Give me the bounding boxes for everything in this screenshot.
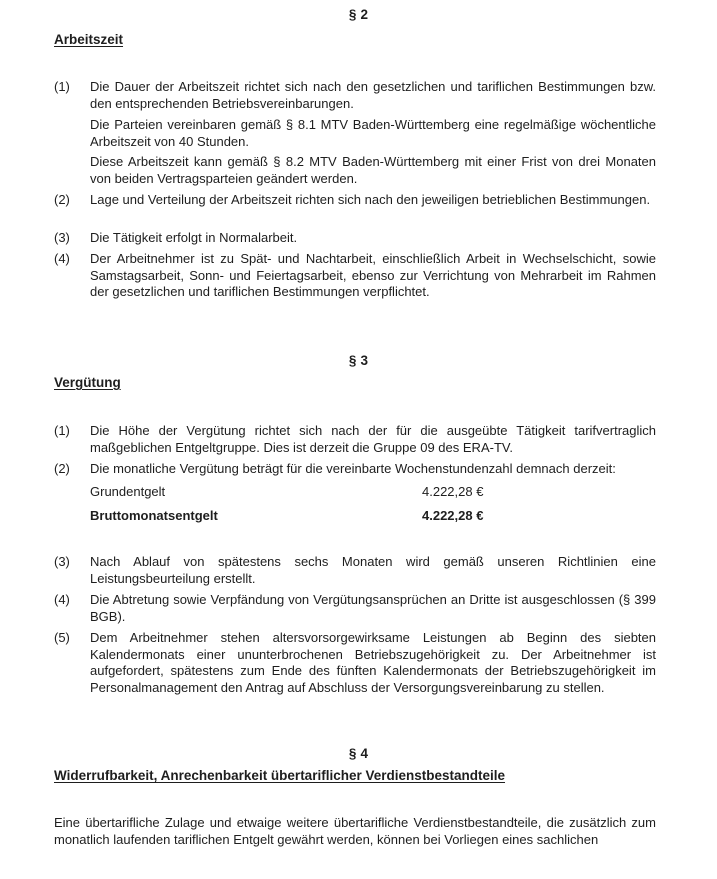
section-number: § 4 (0, 746, 717, 761)
clause-number: (1) (54, 423, 84, 438)
clause: (1) Die Dauer der Arbeitszeit richtet si… (54, 79, 658, 112)
section-number: § 3 (0, 353, 717, 368)
clause-number: (4) (54, 251, 84, 266)
clause-text: Dem Arbeitnehmer stehen altersvorsorgewi… (90, 630, 656, 696)
pay-value: 4.222,28 € (422, 508, 483, 523)
clause: (3) Nach Ablauf von spätestens sechs Mon… (54, 554, 658, 587)
clause-text: Lage und Verteilung der Arbeitszeit rich… (90, 192, 656, 209)
pay-row-bruttomonatsentgelt: Bruttomonatsentgelt 4.222,28 € (90, 508, 590, 526)
clause-number: (1) (54, 79, 84, 94)
clause-paragraph: Diese Arbeitszeit kann gemäß § 8.2 MTV B… (90, 154, 656, 187)
pay-value: 4.222,28 € (422, 484, 483, 499)
clause: (3) Die Tätigkeit erfolgt in Normalarbei… (54, 230, 658, 247)
clause-number: (3) (54, 230, 84, 245)
clause: (1) Die Höhe der Vergütung richtet sich … (54, 423, 658, 456)
clause: (4) Die Abtretung sowie Verpfändung von … (54, 592, 658, 625)
clause: (5) Dem Arbeitnehmer stehen altersvorsor… (54, 630, 658, 696)
clause-text: Nach Ablauf von spätestens sechs Monaten… (90, 554, 656, 587)
clause-number: (5) (54, 630, 84, 645)
clause-text: Die Höhe der Vergütung richtet sich nach… (90, 423, 656, 456)
clause-text: Die monatliche Vergütung beträgt für die… (90, 461, 656, 478)
clause-text: Die Abtretung sowie Verpfändung von Verg… (90, 592, 656, 625)
clause-paragraph: Die Parteien vereinbaren gemäß § 8.1 MTV… (90, 117, 656, 150)
pay-label: Bruttomonatsentgelt (90, 508, 218, 523)
clause-number: (2) (54, 192, 84, 207)
pay-label: Grundentgelt (90, 484, 165, 499)
section-title: Widerrufbarkeit, Anrechenbarkeit übertar… (54, 768, 505, 783)
clause: (2) Die monatliche Vergütung beträgt für… (54, 461, 658, 478)
section-title: Vergütung (54, 375, 121, 390)
clause: (4) Der Arbeitnehmer ist zu Spät- und Na… (54, 251, 658, 301)
clause-text: Der Arbeitnehmer ist zu Spät- und Nachta… (90, 251, 656, 301)
clause-number: (3) (54, 554, 84, 569)
section-title: Arbeitszeit (54, 32, 123, 47)
clause: (2) Lage und Verteilung der Arbeitszeit … (54, 192, 658, 209)
clause-text: Die Tätigkeit erfolgt in Normalarbeit. (90, 230, 656, 247)
pay-row-grundentgelt: Grundentgelt 4.222,28 € (90, 484, 590, 502)
clause-text: Die Dauer der Arbeitszeit richtet sich n… (90, 79, 656, 112)
contract-page: § 2 Arbeitszeit (1) Die Dauer der Arbeit… (0, 0, 717, 879)
section-text: Eine übertarifliche Zulage und etwaige w… (54, 815, 656, 848)
section-number: § 2 (0, 7, 717, 22)
clause-number: (4) (54, 592, 84, 607)
clause-number: (2) (54, 461, 84, 476)
